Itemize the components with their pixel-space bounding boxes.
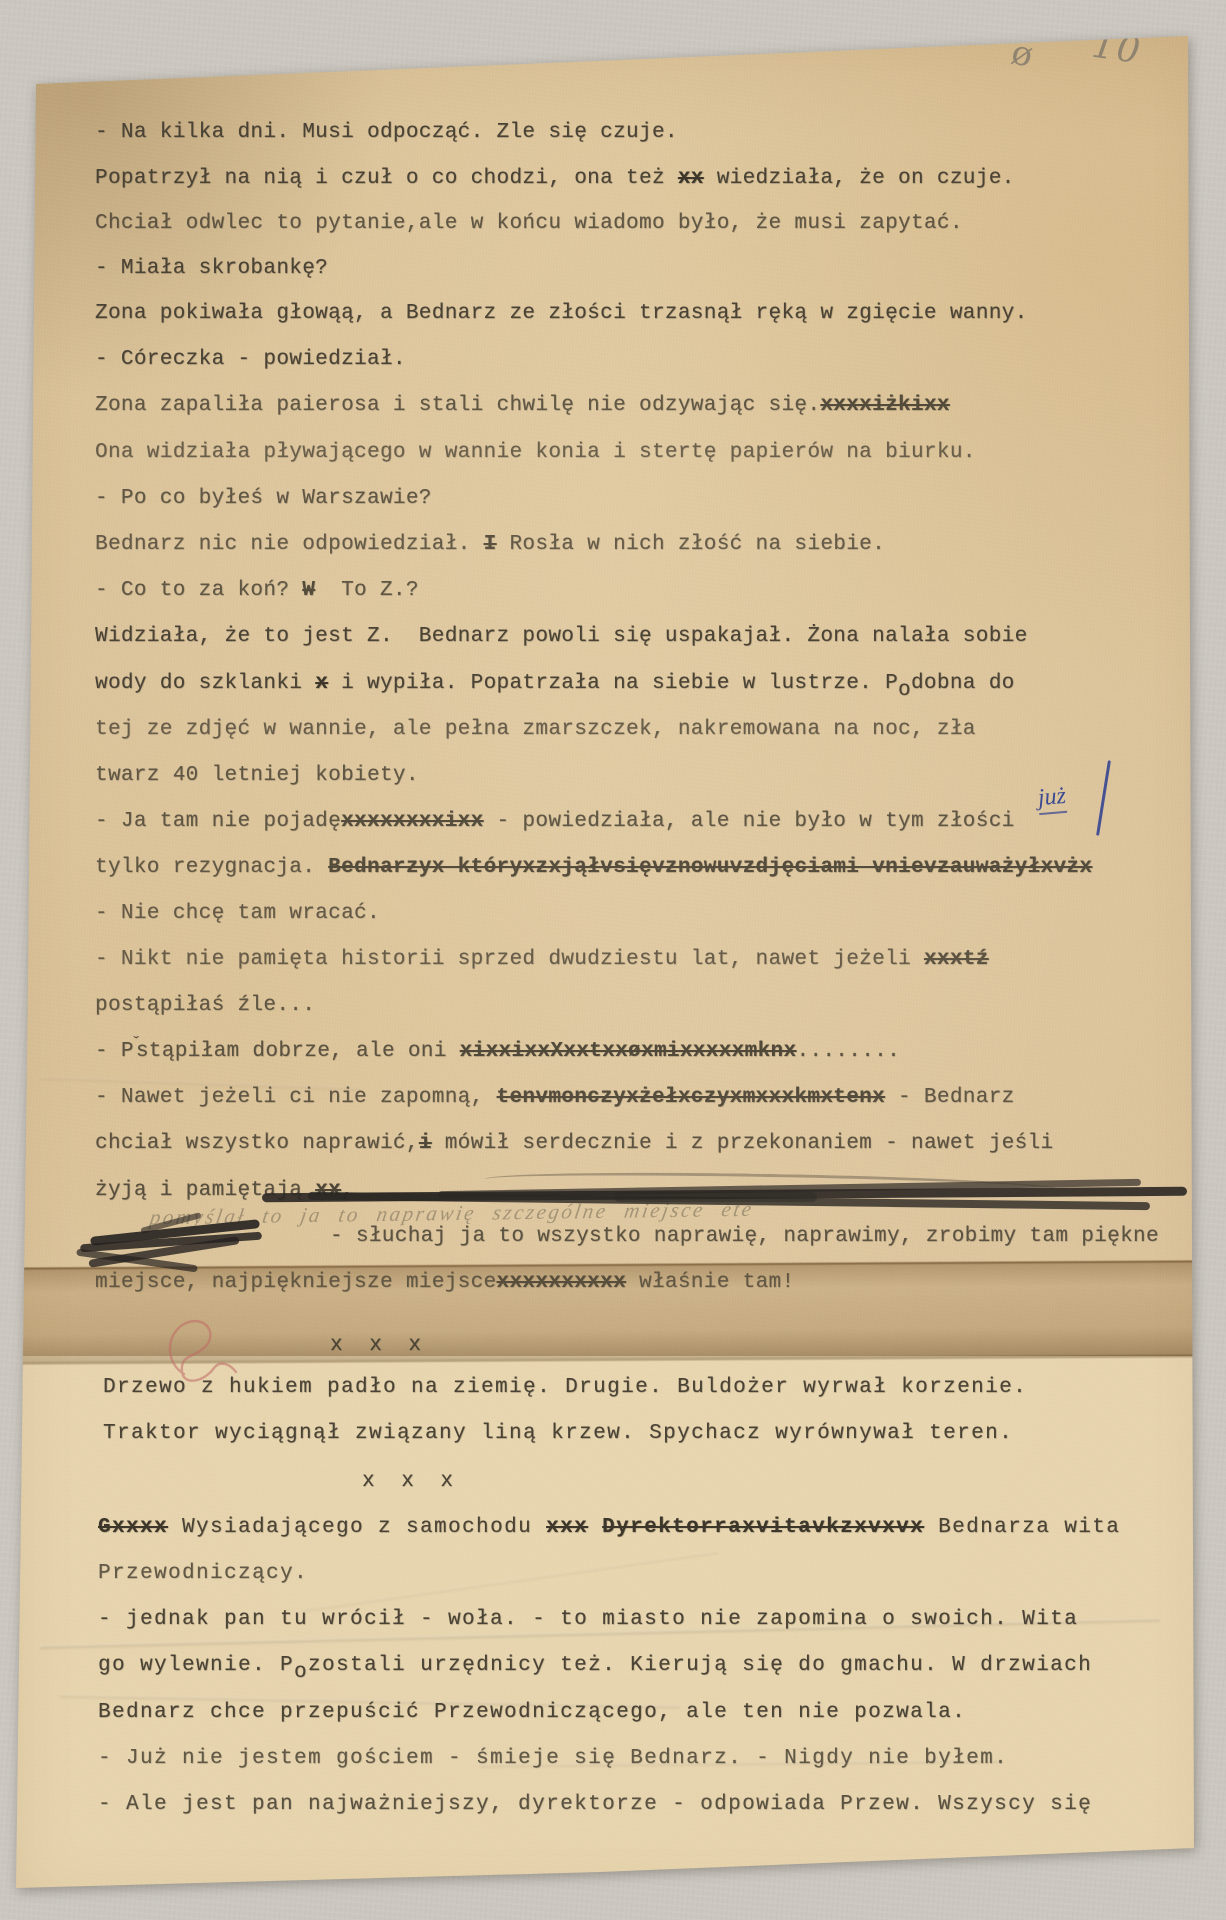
typed-text: Rosła w nich złość na siebie.: [497, 533, 886, 556]
struck-text: i: [419, 1132, 432, 1155]
typed-line: - Nie chcę tam wracać.: [95, 902, 380, 925]
typed-text: Popatrzył na nią i czuł o co chodzi, ona…: [95, 167, 678, 190]
typed-text: Bednarza wita: [924, 1516, 1120, 1539]
typed-text: x x x: [330, 1334, 428, 1357]
typed-line: - Po co byłeś w Warszawie?: [95, 487, 432, 510]
typed-text: Ona widziała pływającego w wannie konia …: [95, 441, 976, 464]
typed-line: - Ale jest pan najważniejszy, dyrektorze…: [98, 1793, 1092, 1816]
typed-text: - Na kilka dni. Musi odpocząć. Zle się c…: [95, 121, 678, 144]
typed-text: go wylewnie. P: [98, 1654, 294, 1677]
typed-text: - Już nie jestem gościem - śmieje się Be…: [98, 1747, 1008, 1770]
typed-text: Chciał odwlec to pytanie,ale w końcu wia…: [95, 212, 963, 235]
typed-text: i wypiła. Popatrzała na siebie w lustrze…: [328, 672, 898, 695]
struck-text: xxxtź: [924, 948, 989, 971]
typed-text: właśnie tam!: [626, 1271, 794, 1294]
typed-text: chciał wszystko naprawić,: [95, 1132, 419, 1155]
aged-typescript-paper: - Na kilka dni. Musi odpocząć. Zle się c…: [0, 0, 1226, 1920]
heavy-scribble-strikeout: [262, 1180, 1187, 1216]
typed-text: zostali urzędnicy też. Kierują się do gm…: [308, 1654, 1092, 1677]
typed-text: wody do szklanki: [95, 672, 315, 695]
typed-line: Traktor wyciągnął związany liną krzew. S…: [103, 1422, 1013, 1445]
struck-text: I: [484, 533, 497, 556]
typed-text: postąpiłaś źle...: [95, 994, 315, 1017]
typed-line: Zona pokiwała głowąą, a Bednarz ze złośc…: [95, 302, 1028, 325]
typed-text: ........: [796, 1040, 900, 1063]
typed-text: Wysiadającego z samochodu: [168, 1516, 546, 1539]
typed-text: - P: [95, 1040, 134, 1063]
typed-line: tylko rezygnacja. Bednarzyx któryxzxjąłv…: [95, 856, 1092, 879]
struck-text: Bednarzyx któryxzxjąłvsięvznowuvzdjęciam…: [328, 856, 1092, 879]
typed-text: - Ja tam nie pojadę: [95, 810, 341, 833]
struck-text: xxxxiżkixx: [820, 394, 950, 417]
typed-text: mówił serdecznie i z przekonaniem - nawe…: [432, 1132, 1054, 1155]
typed-line: - słuchaj ja to wszystko naprawię, napra…: [330, 1225, 1159, 1248]
typed-line: x x x: [330, 1334, 428, 1357]
typed-text: - jednak pan tu wrócił - woła. - to mias…: [98, 1608, 1078, 1631]
typed-text: wiedziała, że on czuje.: [704, 167, 1015, 190]
red-pencil-squiggle: [150, 1308, 280, 1398]
manuscript-page: - Na kilka dni. Musi odpocząć. Zle się c…: [0, 0, 1226, 1920]
typed-line: Bednarz chce przepuścić Przewodniczącego…: [98, 1701, 966, 1724]
typed-text: Przewodniczący.: [98, 1562, 308, 1585]
typed-line: Popatrzył na nią i czuł o co chodzi, ona…: [95, 167, 1015, 190]
typed-line: Widziała, że to jest Z. Bednarz powoli s…: [95, 625, 1028, 648]
typed-line: - Pˇstąpiłam dobrze, ale oni xixxixxXxxt…: [95, 1040, 900, 1063]
typed-text: twarz 40 letniej kobiety.: [95, 764, 419, 787]
typed-text: To Z.?: [315, 579, 419, 602]
struck-text: xixxixxXxxtxxøxmixxxxxmknx: [460, 1040, 797, 1063]
typed-text: ˇ: [131, 1035, 139, 1054]
typed-line: x x x: [362, 1470, 460, 1493]
typed-text: x x x: [362, 1470, 460, 1493]
typed-text: Bednarz nic nie odpowiedział.: [95, 533, 484, 556]
struck-text: xxx: [546, 1516, 588, 1539]
typed-text: - Po co byłeś w Warszawie?: [95, 487, 432, 510]
typed-line: - jednak pan tu wrócił - woła. - to mias…: [98, 1608, 1078, 1631]
typed-line: - Na kilka dni. Musi odpocząć. Zle się c…: [95, 121, 678, 144]
struck-text: xx: [678, 167, 704, 190]
typed-line: Gxxxx Wysiadającego z samochodu xxx Dyre…: [98, 1516, 1120, 1539]
typed-line: - Nawet jeżeli ci nie zapomną, tenvmoncz…: [95, 1086, 1015, 1109]
typed-text: tylko rezygnacja.: [95, 856, 328, 879]
struck-text: Dyrektorraxvitavkzxvxvx: [602, 1516, 924, 1539]
heavy-scribble-blob: [80, 1220, 290, 1276]
typed-line: - Miała skrobankę?: [95, 257, 328, 280]
typed-line: tej ze zdjęć w wannie, ale pełna zmarszc…: [95, 718, 976, 741]
typed-line: - Córeczka - powiedział.: [95, 348, 406, 371]
typed-text: [588, 1516, 602, 1539]
typed-line: chciał wszystko naprawić,i mówił serdecz…: [95, 1132, 1053, 1155]
struck-text: x: [315, 672, 328, 695]
typed-text: o: [898, 679, 911, 702]
typed-line: - Już nie jestem gościem - śmieje się Be…: [98, 1747, 1008, 1770]
typed-line: wody do szklanki x i wypiła. Popatrzała …: [95, 672, 1015, 695]
typed-text: - Nie chcę tam wracać.: [95, 902, 380, 925]
typed-line: Ona widziała pływającego w wannie konia …: [95, 441, 976, 464]
typed-text: - Nikt nie pamięta historii sprzed dwudz…: [95, 948, 924, 971]
typed-text: dobna do: [911, 672, 1015, 695]
typed-text: - Miała skrobankę?: [95, 257, 328, 280]
typed-line: - Co to za koń? W To Z.?: [95, 579, 419, 602]
typed-line: Bednarz nic nie odpowiedział. I Rosła w …: [95, 533, 885, 556]
typed-text: o: [294, 1661, 308, 1684]
typed-text: stąpiłam dobrze, ale oni: [136, 1040, 460, 1063]
struck-text: Gxxxx: [98, 1516, 168, 1539]
struck-text: tenvmonczyxżełxczyxmxxxkmxtenx: [497, 1086, 886, 1109]
typed-text: - Ale jest pan najważniejszy, dyrektorze…: [98, 1793, 1092, 1816]
typed-line: - Ja tam nie pojadęxxxxxxxxixx - powiedz…: [95, 810, 1015, 833]
typed-line: go wylewnie. Pozostali urzędnicy też. Ki…: [98, 1654, 1092, 1677]
typed-text: tej ze zdjęć w wannie, ale pełna zmarszc…: [95, 718, 976, 741]
typed-line: - Nikt nie pamięta historii sprzed dwudz…: [95, 948, 989, 971]
typed-text: Bednarz chce przepuścić Przewodniczącego…: [98, 1701, 966, 1724]
typed-text: - słuchaj ja to wszystko naprawię, napra…: [330, 1225, 1159, 1248]
typed-text: - Bednarz: [885, 1086, 1015, 1109]
typed-text: - Córeczka - powiedział.: [95, 348, 406, 371]
typed-line: Chciał odwlec to pytanie,ale w końcu wia…: [95, 212, 963, 235]
typed-line: postąpiłaś źle...: [95, 994, 315, 1017]
handwritten-insertion-note: już: [1037, 783, 1068, 815]
struck-text: xxxxxxxxxx: [497, 1271, 627, 1294]
typed-text: - Co to za koń?: [95, 579, 302, 602]
typed-text: Zona zapaliła paierosa i stali chwilę ni…: [95, 394, 820, 417]
typed-line: Zona zapaliła paierosa i stali chwilę ni…: [95, 394, 950, 417]
typed-text: - Nawet jeżeli ci nie zapomną,: [95, 1086, 497, 1109]
typed-line: twarz 40 letniej kobiety.: [95, 764, 419, 787]
struck-text: W: [302, 579, 315, 602]
typed-text: Widziała, że to jest Z. Bednarz powoli s…: [95, 625, 1028, 648]
typed-text: - powiedziała, ale nie było w tym złości: [484, 810, 1015, 833]
typed-text: Zona pokiwała głowąą, a Bednarz ze złośc…: [95, 302, 1028, 325]
struck-text: xxxxxxxxixx: [341, 810, 483, 833]
typed-text: Traktor wyciągnął związany liną krzew. S…: [103, 1422, 1013, 1445]
typed-line: Przewodniczący.: [98, 1562, 308, 1585]
pencil-page-number: 10: [1089, 25, 1144, 73]
